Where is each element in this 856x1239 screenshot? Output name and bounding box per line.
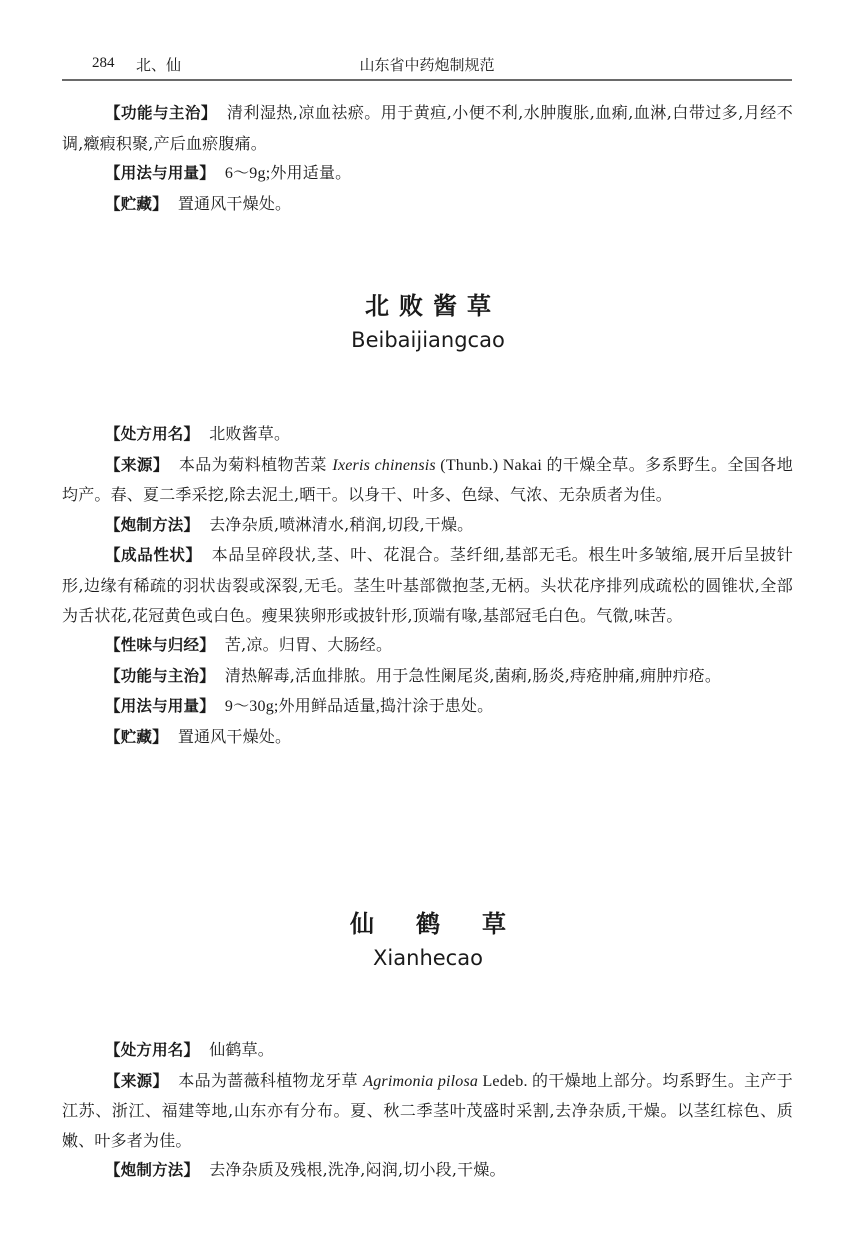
section-text: 仙鹤草。 [209, 1040, 274, 1059]
entry-body: 【处方用名】仙鹤草。 【来源】本品为蔷薇科植物龙牙草 Agrimonia pil… [62, 1035, 793, 1186]
latin-species-name: Ixeris chinensis [332, 457, 435, 474]
page-header: 284 北、仙 山东省中药炮制规范 [62, 50, 792, 80]
entry-title: 北败酱草 [0, 286, 856, 321]
paragraph-product-characteristics: 【成品性状】本品呈碎段状,茎、叶、花混合。茎纤细,基部无毛。根生叶多皱缩,展开后… [62, 540, 793, 630]
section-label: 【来源】 [105, 456, 169, 474]
section-text: 去净杂质及残根,洗净,闷润,切小段,干燥。 [209, 1160, 506, 1179]
paragraph-source: 【来源】本品为菊料植物苦菜 Ixeris chinensis (Thunb.) … [62, 450, 793, 510]
header-rule [62, 79, 792, 81]
paragraph-taste-meridian: 【性味与归经】苦,凉。归胃、大肠经。 [62, 630, 793, 661]
section-text: 苦,凉。归胃、大肠经。 [225, 635, 392, 654]
paragraph-storage: 【贮藏】置通风干燥处。 [62, 722, 793, 753]
latin-author: Ledeb. [478, 1073, 532, 1090]
section-label: 【炮制方法】 [105, 1161, 199, 1179]
section-label: 【功能与主治】 [105, 104, 217, 122]
paragraph-processing-method: 【炮制方法】去净杂质,喷淋清水,稍润,切段,干燥。 [62, 510, 793, 541]
section-label: 【贮藏】 [105, 728, 168, 746]
section-text: 北败酱草。 [209, 424, 290, 443]
paragraph-function-indication: 【功能与主治】清热解毒,活血排脓。用于急性阑尾炎,菌痢,肠炎,痔疮肿痛,痈肿疖疮… [62, 661, 793, 692]
paragraph-prescription-name: 【处方用名】北败酱草。 [62, 419, 793, 450]
latin-author: (Thunb.) Nakai [436, 457, 547, 474]
running-head-book-title: 山东省中药炮制规范 [62, 54, 792, 75]
section-text: 本品为蔷薇科植物龙牙草 [178, 1071, 363, 1090]
section-text: 置通风干燥处。 [178, 727, 291, 746]
paragraph-usage-dosage: 【用法与用量】9～30g;外用鲜品适量,捣汁涂于患处。 [62, 691, 793, 722]
entry-body: 【处方用名】北败酱草。 【来源】本品为菊料植物苦菜 Ixeris chinens… [62, 419, 793, 753]
paragraph-usage-dosage: 【用法与用量】6～9g;外用适量。 [62, 158, 793, 189]
continued-entry-section: 【功能与主治】清利湿热,凉血祛瘀。用于黄疸,小便不利,水肿腹胀,血痢,血淋,白带… [62, 98, 793, 219]
entry-title: 仙鹤草 [0, 904, 856, 939]
section-label: 【功能与主治】 [105, 667, 215, 685]
paragraph-storage: 【贮藏】置通风干燥处。 [62, 189, 793, 220]
section-text: 6～9g;外用适量。 [225, 165, 351, 182]
section-text: 去净杂质,喷淋清水,稍润,切段,干燥。 [209, 515, 473, 534]
section-label: 【贮藏】 [105, 195, 168, 213]
section-text: 置通风干燥处。 [178, 194, 291, 213]
latin-species-name: Agrimonia pilosa [363, 1073, 478, 1090]
section-label: 【用法与用量】 [105, 697, 215, 715]
section-text: 9～30g;外用鲜品适量,捣汁涂于患处。 [225, 698, 493, 715]
section-label: 【来源】 [105, 1072, 168, 1090]
section-label: 【性味与归经】 [105, 636, 215, 654]
entry-pinyin: Xianhecao [0, 946, 856, 970]
section-label: 【处方用名】 [105, 425, 199, 443]
section-label: 【炮制方法】 [105, 516, 199, 534]
paragraph-prescription-name: 【处方用名】仙鹤草。 [62, 1035, 793, 1066]
entry-pinyin: Beibaijiangcao [0, 328, 856, 352]
paragraph-source: 【来源】本品为蔷薇科植物龙牙草 Agrimonia pilosa Ledeb. … [62, 1066, 793, 1156]
section-text: 清热解毒,活血排脓。用于急性阑尾炎,菌痢,肠炎,痔疮肿痛,痈肿疖疮。 [225, 666, 721, 685]
section-label: 【用法与用量】 [105, 164, 215, 182]
section-text: 本品为菊料植物苦菜 [179, 455, 333, 474]
section-label: 【处方用名】 [105, 1041, 199, 1059]
section-label: 【成品性状】 [105, 546, 202, 564]
paragraph-processing-method: 【炮制方法】去净杂质及残根,洗净,闷润,切小段,干燥。 [62, 1155, 793, 1186]
paragraph-function-indication: 【功能与主治】清利湿热,凉血祛瘀。用于黄疸,小便不利,水肿腹胀,血痢,血淋,白带… [62, 98, 793, 158]
